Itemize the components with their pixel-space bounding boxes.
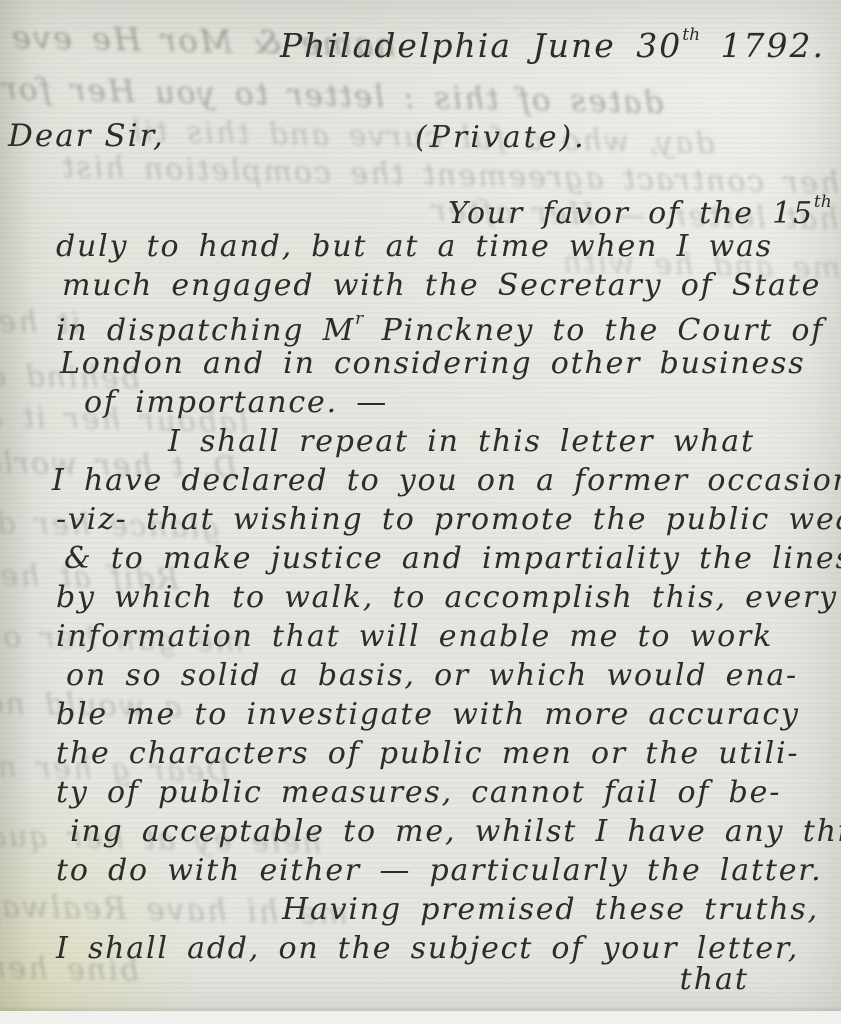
scan-edge [0, 1011, 841, 1024]
letter-line: much engaged with the Secretary of State [62, 266, 841, 305]
letter-line: I have declared to you on a former occas… [52, 461, 841, 500]
letter-line: to do with either — particularly the lat… [56, 851, 841, 890]
catchword: that [680, 962, 749, 997]
privacy-mark: (Private). [415, 120, 587, 155]
letter-line: the characters of public men or the util… [56, 734, 841, 773]
letter-line: Having premised these truths, [282, 890, 841, 929]
letter-line: information that will enable me to work [56, 617, 841, 656]
letter-line: -viz- that wishing to promote the public… [56, 500, 841, 539]
letter-line: in dispatching Mr Pinckney to the Court … [56, 305, 841, 344]
dateline: Philadelphia June 30th 1792. [0, 26, 825, 65]
letter-line: London and in considering other business [60, 344, 841, 383]
letter-line: ty of public measures, cannot fail of be… [56, 773, 841, 812]
letter-line: ble me to investigate with more accuracy [56, 695, 841, 734]
bleedthrough-line: dates of this : letter to you Her for [0, 71, 664, 121]
letter-line: of importance. — [84, 383, 841, 422]
letter-line: on so solid a basis, or which would ena- [66, 656, 841, 695]
letter-line: I shall repeat in this letter what [168, 422, 841, 461]
salutation: Dear Sir, [8, 118, 165, 154]
letter-line: Your favor of the 15th came [448, 188, 841, 227]
letter-page: name & Mor He eve dates of this : letter… [0, 0, 841, 1024]
letter-line: by which to walk, to accomplish this, ev… [56, 578, 841, 617]
dateline-superscript: th [682, 25, 700, 45]
letter-line: ing acceptable to me, whilst I have any … [70, 812, 841, 851]
letter-line: & to make justice and impartiality the l… [64, 539, 841, 578]
letter-line: duly to hand, but at a time when I was [56, 227, 841, 266]
letter-body: Your favor of the 15th came duly to hand… [50, 188, 841, 968]
